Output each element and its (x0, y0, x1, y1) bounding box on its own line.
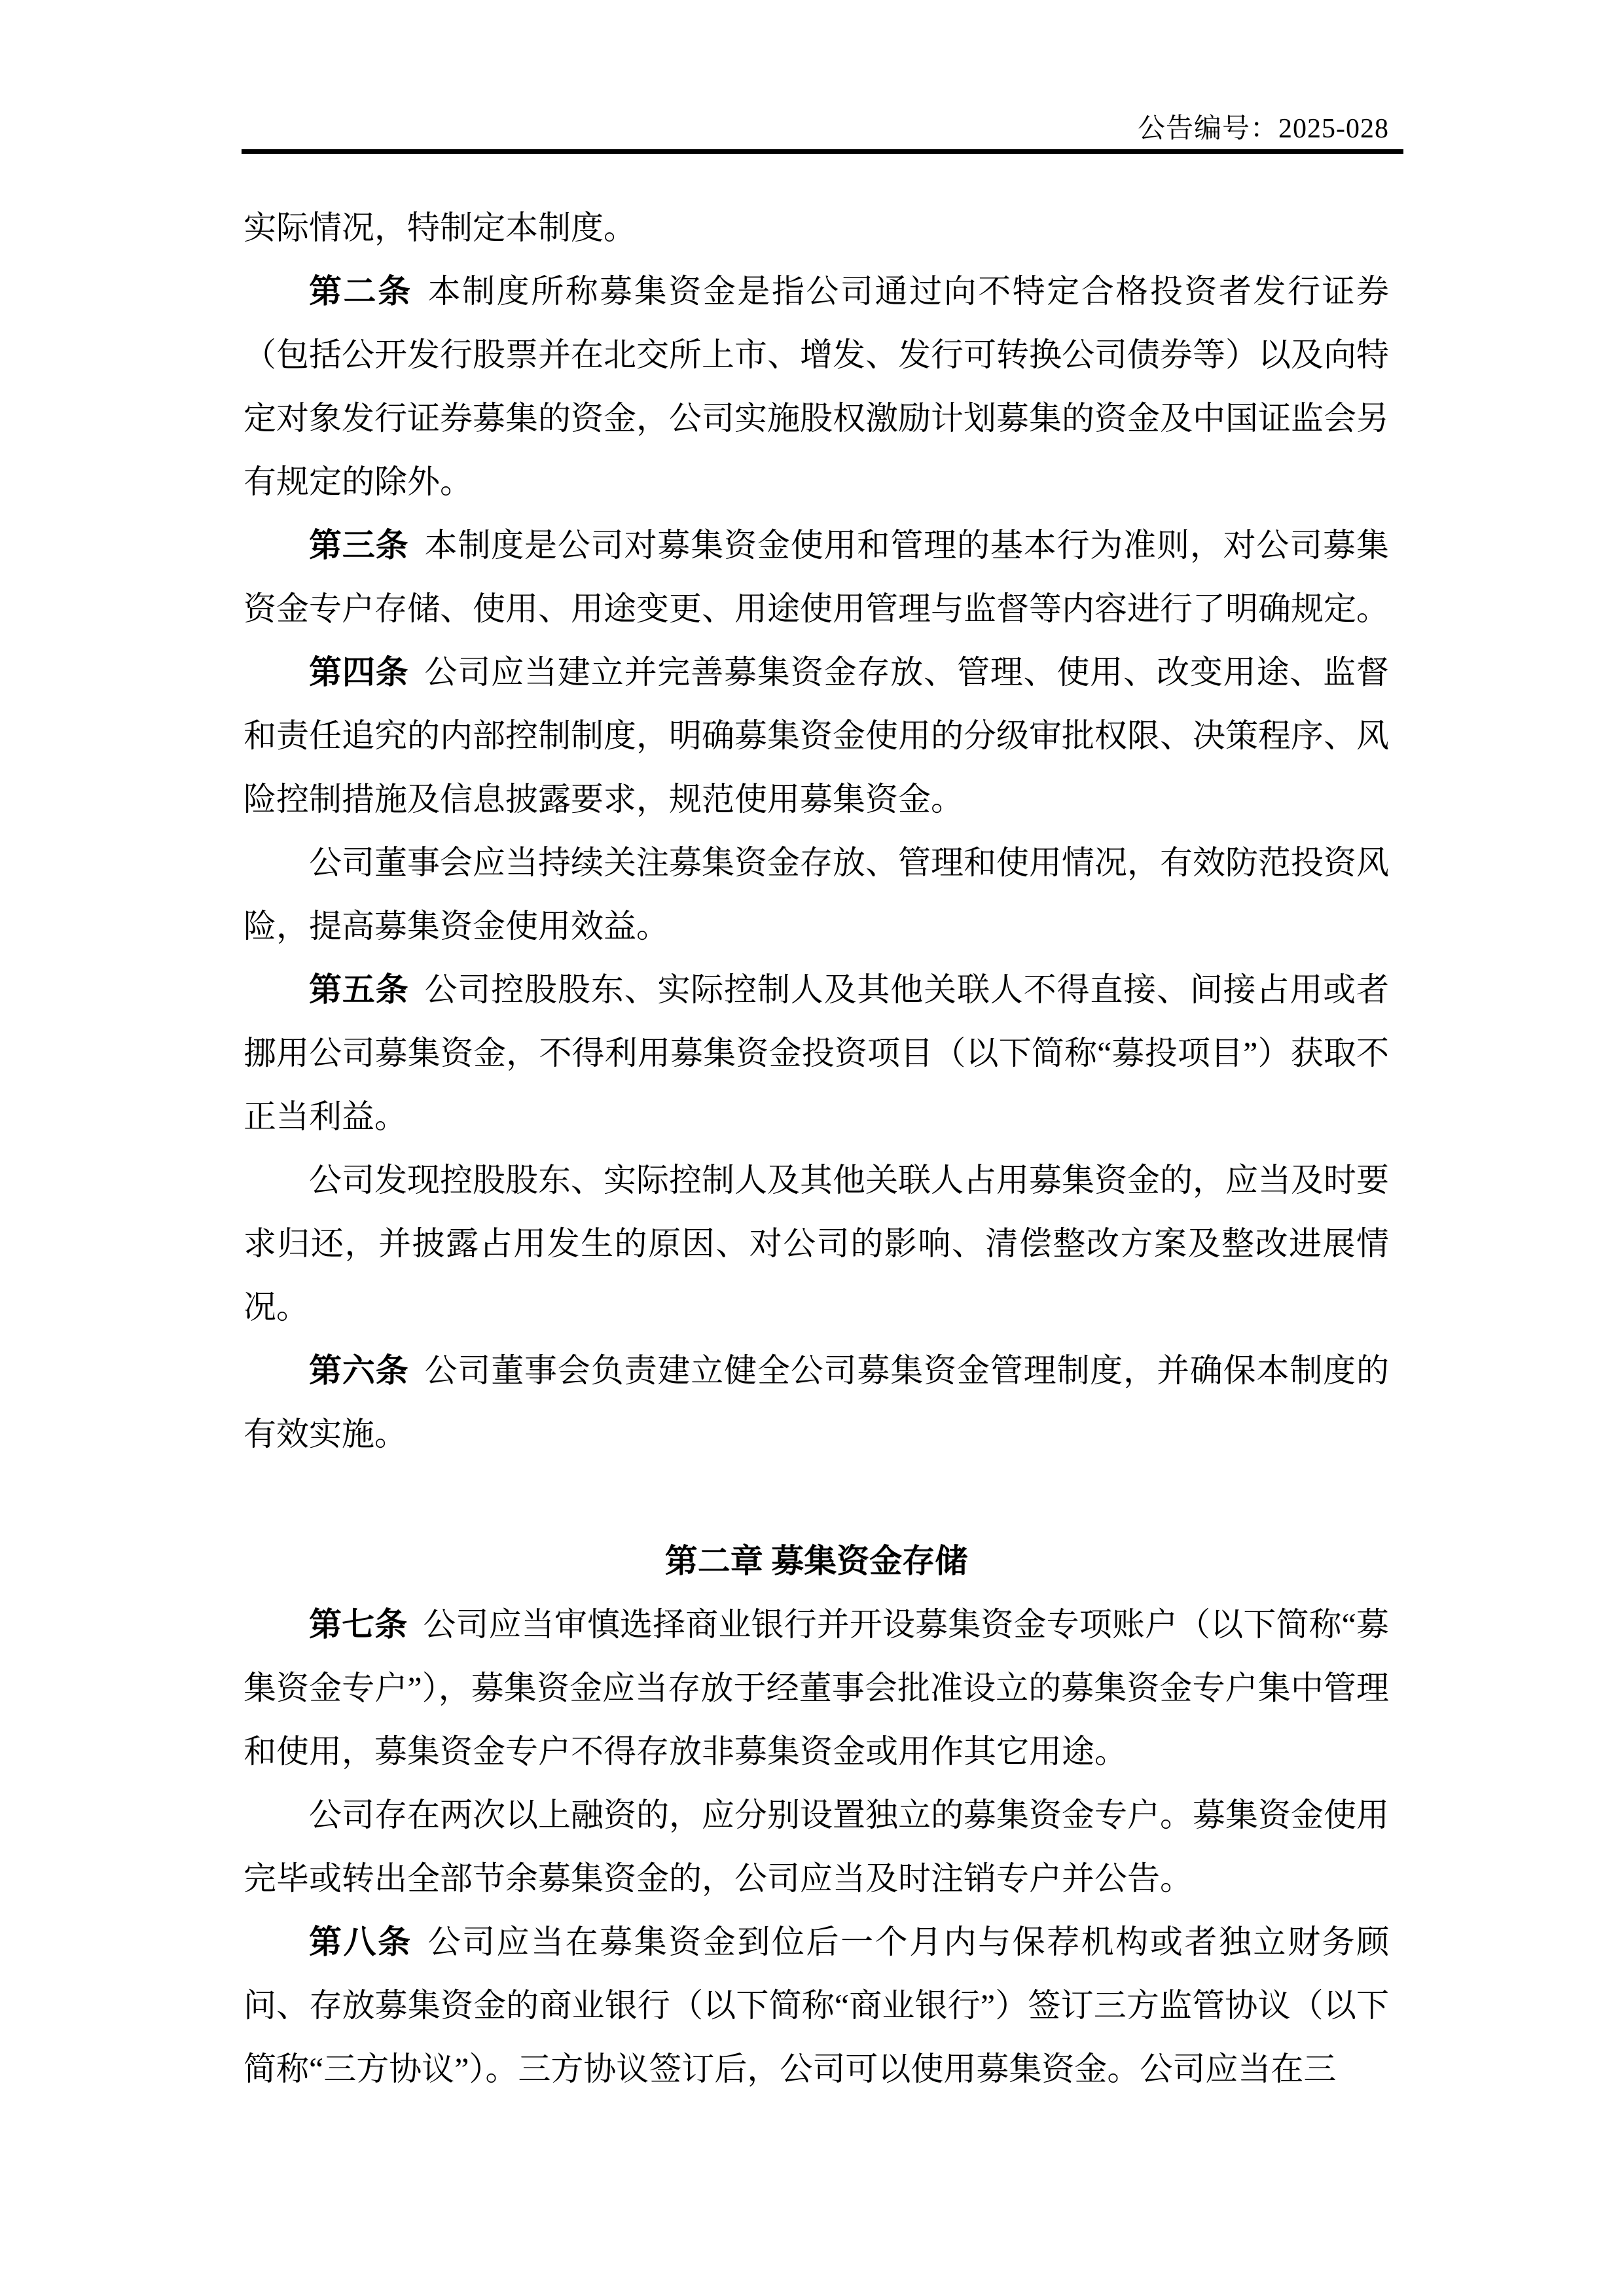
announcement-number: 公告编号：2025-028 (244, 113, 1389, 145)
paragraph: 公司存在两次以上融资的，应分别设置独立的募集资金专户。募集资金使用完毕或转出全部… (244, 1784, 1389, 1910)
article-text: 公司应当在募集资金到位后一个月内与保荐机构或者独立财务顾问、存放募集资金的商业银… (244, 1924, 1389, 2087)
paragraph-continuation: 实际情况，特制定本制度。 (244, 196, 1389, 260)
article-label: 第七条 (309, 1606, 407, 1643)
article-label: 第四条 (309, 654, 409, 691)
article-label: 第八条 (309, 1924, 412, 1960)
article-label: 第二条 (309, 273, 412, 310)
paragraph-text: 公司发现控股股东、实际控制人及其他关联人占用募集资金的，应当及时要求归还，并披露… (244, 1162, 1389, 1325)
article-paragraph: 第五条公司控股股东、实际控制人及其他关联人不得直接、间接占用或者挪用公司募集资金… (244, 958, 1389, 1149)
article-text: 公司董事会负责建立健全公司募集资金管理制度，并确保本制度的有效实施。 (244, 1352, 1389, 1452)
chapter-heading: 第二章 募集资金存储 (244, 1530, 1389, 1593)
article-paragraph: 第八条公司应当在募集资金到位后一个月内与保荐机构或者独立财务顾问、存放募集资金的… (244, 1910, 1389, 2101)
paragraph-text: 实际情况，特制定本制度。 (244, 209, 636, 246)
article-text: 本制度是公司对募集资金使用和管理的基本行为准则，对公司募集资金专户存储、使用、用… (244, 527, 1389, 627)
article-paragraph: 第三条本制度是公司对募集资金使用和管理的基本行为准则，对公司募集资金专户存储、使… (244, 514, 1389, 641)
article-paragraph: 第六条公司董事会负责建立健全公司募集资金管理制度，并确保本制度的有效实施。 (244, 1339, 1389, 1466)
paragraph-text: 公司存在两次以上融资的，应分别设置独立的募集资金专户。募集资金使用完毕或转出全部… (244, 1797, 1389, 1897)
article-paragraph: 第二条本制度所称募集资金是指公司通过向不特定合格投资者发行证券（包括公开发行股票… (244, 260, 1389, 514)
header-divider-line (242, 149, 1403, 154)
document-body: 实际情况，特制定本制度。 第二条本制度所称募集资金是指公司通过向不特定合格投资者… (244, 196, 1389, 2101)
article-text: 公司应当建立并完善募集资金存放、管理、使用、改变用途、监督和责任追究的内部控制制… (244, 654, 1389, 817)
article-text: 本制度所称募集资金是指公司通过向不特定合格投资者发行证券（包括公开发行股票并在北… (244, 273, 1389, 500)
article-label: 第三条 (309, 527, 409, 564)
paragraph: 公司发现控股股东、实际控制人及其他关联人占用募集资金的，应当及时要求归还，并披露… (244, 1149, 1389, 1339)
article-label: 第五条 (309, 971, 409, 1008)
article-paragraph: 第四条公司应当建立并完善募集资金存放、管理、使用、改变用途、监督和责任追究的内部… (244, 641, 1389, 831)
article-text: 公司应当审慎选择商业银行并开设募集资金专项账户（以下简称“募集资金专户”），募集… (244, 1606, 1389, 1770)
article-label: 第六条 (309, 1352, 409, 1389)
paragraph: 公司董事会应当持续关注募集资金存放、管理和使用情况，有效防范投资风险，提高募集资… (244, 831, 1389, 958)
article-paragraph: 第七条公司应当审慎选择商业银行并开设募集资金专项账户（以下简称“募集资金专户”）… (244, 1593, 1389, 1784)
document-page: 公告编号：2025-028 实际情况，特制定本制度。 第二条本制度所称募集资金是… (0, 0, 1624, 2296)
article-text: 公司控股股东、实际控制人及其他关联人不得直接、间接占用或者挪用公司募集资金，不得… (244, 971, 1389, 1135)
paragraph-text: 公司董事会应当持续关注募集资金存放、管理和使用情况，有效防范投资风险，提高募集资… (244, 844, 1389, 944)
